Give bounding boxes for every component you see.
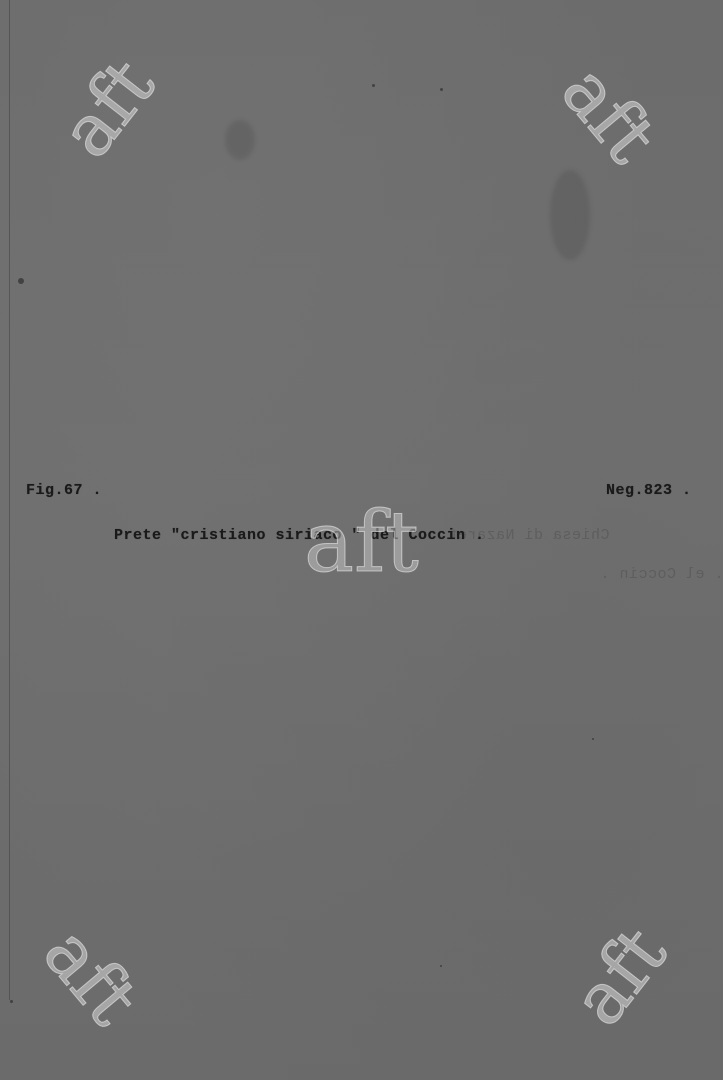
scan-edge-line xyxy=(9,0,10,1000)
paper-stain xyxy=(225,120,255,160)
dust-speck xyxy=(10,1000,13,1003)
negative-number: Neg.823 . xyxy=(606,482,692,499)
watermark-top-right: aft xyxy=(550,53,668,175)
archival-card: aft aft aft aft Chiesa di Nazaret . el C… xyxy=(0,0,723,1080)
watermark-bottom-right: aft xyxy=(561,915,678,1037)
figure-number: Fig.67 . xyxy=(26,482,102,499)
dust-speck xyxy=(18,278,24,284)
watermark-center: aft xyxy=(304,500,419,584)
dust-speck xyxy=(372,84,375,87)
dust-speck xyxy=(592,738,594,740)
watermark-bottom-left: aft xyxy=(32,915,150,1037)
photo-caption: Prete "cristiano siriaco " del Coccin . xyxy=(114,527,485,544)
bleed-through-text: . el Coccin . xyxy=(600,566,723,583)
watermark-top-left: aft xyxy=(49,47,166,169)
dust-speck xyxy=(440,88,443,91)
paper-stain xyxy=(550,170,590,260)
dust-speck xyxy=(440,965,442,967)
